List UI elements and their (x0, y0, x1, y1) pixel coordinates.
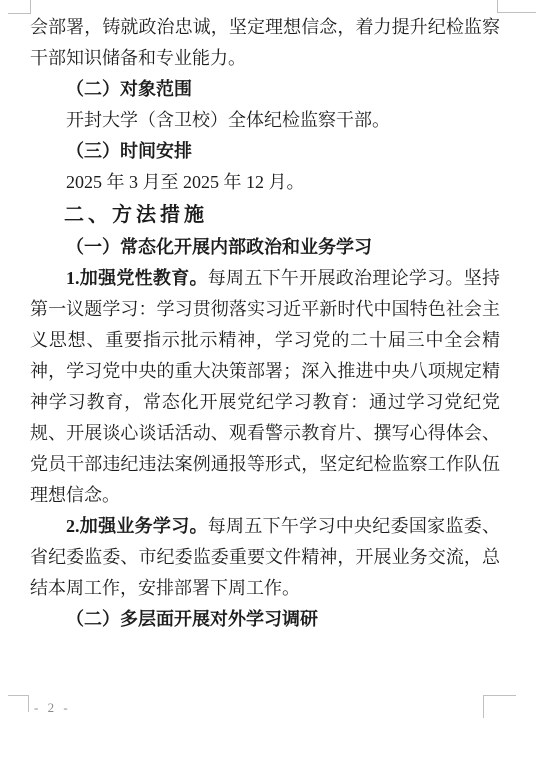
paragraph-party-education-text: 每周五下午开展政治理论学习。坚持第一议题学习：学习贯彻落实习近平新时代中国特色社… (30, 268, 500, 505)
paragraph-continuation: 会部署，铸就政治忠诚，坚定理想信念，着力提升纪检监察干部知识储备和专业能力。 (30, 12, 500, 74)
paragraph-party-education-lead: 1.加强党性教育。 (66, 268, 208, 288)
text-boundary-mark-bottom-left (8, 695, 29, 712)
heading-target-scope: （二）对象范围 (30, 74, 500, 105)
heading-external-study: （二）多层面开展对外学习调研 (30, 604, 500, 635)
paragraph-time-schedule: 2025 年 3 月至 2025 年 12 月。 (30, 167, 500, 198)
paragraph-party-education: 1.加强党性教育。每周五下午开展政治理论学习。坚持第一议题学习：学习贯彻落实习近… (30, 263, 500, 511)
paragraph-business-study-lead: 2.加强业务学习。 (66, 516, 208, 536)
document-page: 会部署，铸就政治忠诚，坚定理想信念，着力提升纪检监察干部知识储备和专业能力。 （… (0, 0, 536, 762)
heading-time-schedule: （三）时间安排 (30, 136, 500, 167)
paragraph-target-scope: 开封大学（含卫校）全体纪检监察干部。 (30, 105, 500, 136)
paragraph-business-study: 2.加强业务学习。每周五下午学习中央纪委国家监委、省纪委监委、市纪委监委重要文件… (30, 511, 500, 604)
text-boundary-mark-top-right (497, 0, 536, 13)
heading-methods-measures: 二、方法措施 (30, 198, 500, 232)
document-body: 会部署，铸就政治忠诚，坚定理想信念，着力提升纪检监察干部知识储备和专业能力。 （… (30, 12, 500, 635)
text-boundary-mark-top-left (8, 0, 31, 14)
page-number: - 2 - (34, 700, 71, 716)
heading-internal-study: （一）常态化开展内部政治和业务学习 (30, 232, 500, 263)
text-boundary-mark-bottom-right (483, 695, 516, 718)
